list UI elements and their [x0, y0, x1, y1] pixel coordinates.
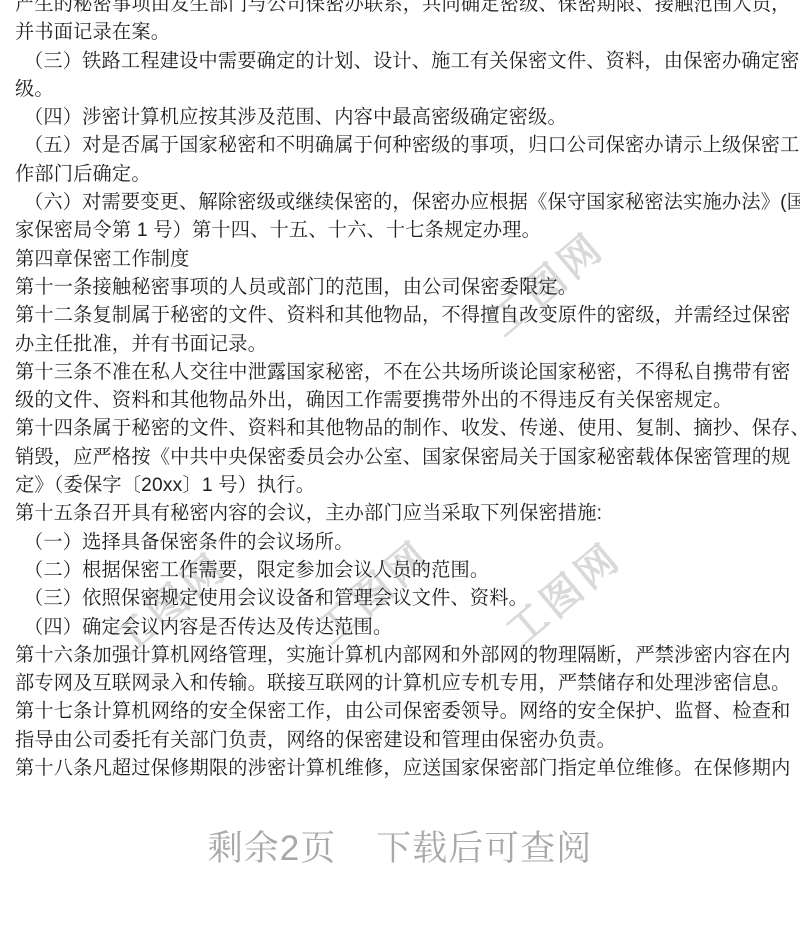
document-line: 指导由公司委托有关部门负责，网络的保密建设和管理由保密办负责。 [15, 727, 788, 755]
document-text-block: 产生的秘密事项由发生部门与公司保密办联系，共同确定密级、保密期限、接触范围人员，… [15, 0, 788, 783]
document-line: 第十四条属于秘密的文件、资料和其他物品的制作、收发、传递、使用、复制、摘抄、保存… [15, 415, 788, 443]
pages-remaining-label: 剩余2页 [208, 830, 336, 868]
preview-footer-note: 剩余2页 下载后可查阅 [0, 830, 800, 868]
document-page: 工图网 工图网 工图网 工图网 产生的秘密事项由发生部门与公司保密办联系，共同确… [0, 0, 800, 930]
document-line: 家保密局令第 1 号）第十四、十五、十六、十七条规定办理。 [15, 217, 788, 245]
document-line: （四）涉密计算机应按其涉及范围、内容中最高密级确定密级。 [15, 104, 788, 132]
download-to-view-label: 下载后可查阅 [376, 830, 592, 868]
document-line: 第十八条凡超过保修期限的涉密计算机维修，应送国家保密部门指定单位维修。在保修期内 [15, 755, 788, 783]
document-line: 级的文件、资料和其他物品外出，确因工作需要携带外出的不得违反有关保密规定。 [15, 387, 788, 415]
document-line: （五）对是否属于国家秘密和不明确属于何种密级的事项，归口公司保密办请示上级保密工 [15, 132, 788, 160]
document-line: 第十一条接触秘密事项的人员或部门的范围，由公司保密委限定。 [15, 274, 788, 302]
chapter-heading-line: 第四章保密工作制度 [15, 246, 788, 274]
document-line: 第十五条召开具有秘密内容的会议，主办部门应当采取下列保密措施: [15, 500, 788, 528]
document-line: 定》（委保字〔20xx〕1 号）执行。 [15, 472, 788, 500]
document-line: （四）确定会议内容是否传达及传达范围。 [15, 614, 788, 642]
document-line: 第十三条不准在私人交往中泄露国家秘密，不在公共场所谈论国家秘密，不得私自携带有密 [15, 359, 788, 387]
document-line: 部专网及互联网录入和传输。联接互联网的计算机应专机专用，严禁储存和处理涉密信息。 [15, 670, 788, 698]
document-line: 第十二条复制属于秘密的文件、资料和其他物品，不得擅自改变原件的密级，并需经过保密 [15, 302, 788, 330]
document-line: （三）铁路工程建设中需要确定的计划、设计、施工有关保密文件、资料，由保密办确定密 [15, 48, 788, 76]
document-line: （一）选择具备保密条件的会议场所。 [15, 529, 788, 557]
document-line: （三）依照保密规定使用会议设备和管理会议文件、资料。 [15, 585, 788, 613]
document-line: （二）根据保密工作需要，限定参加会议人员的范围。 [15, 557, 788, 585]
document-line: 产生的秘密事项由发生部门与公司保密办联系，共同确定密级、保密期限、接触范围人员， [15, 0, 788, 19]
document-line: 作部门后确定。 [15, 161, 788, 189]
document-line: （六）对需要变更、解除密级或继续保密的，保密办应根据《保守国家秘密法实施办法》(… [15, 189, 788, 217]
document-line: 第十六条加强计算机网络管理，实施计算机内部网和外部网的物理隔断，严禁涉密内容在内 [15, 642, 788, 670]
document-line: 办主任批准，并有书面记录。 [15, 331, 788, 359]
document-line: 第十七条计算机网络的安全保密工作，由公司保密委领导。网络的安全保护、监督、检查和 [15, 698, 788, 726]
document-line: 销毁，应严格按《中共中央保密委员会办公室、国家保密局关于国家秘密载体保密管理的规 [15, 444, 788, 472]
document-line: 并书面记录在案。 [15, 19, 788, 47]
document-line: 级。 [15, 76, 788, 104]
